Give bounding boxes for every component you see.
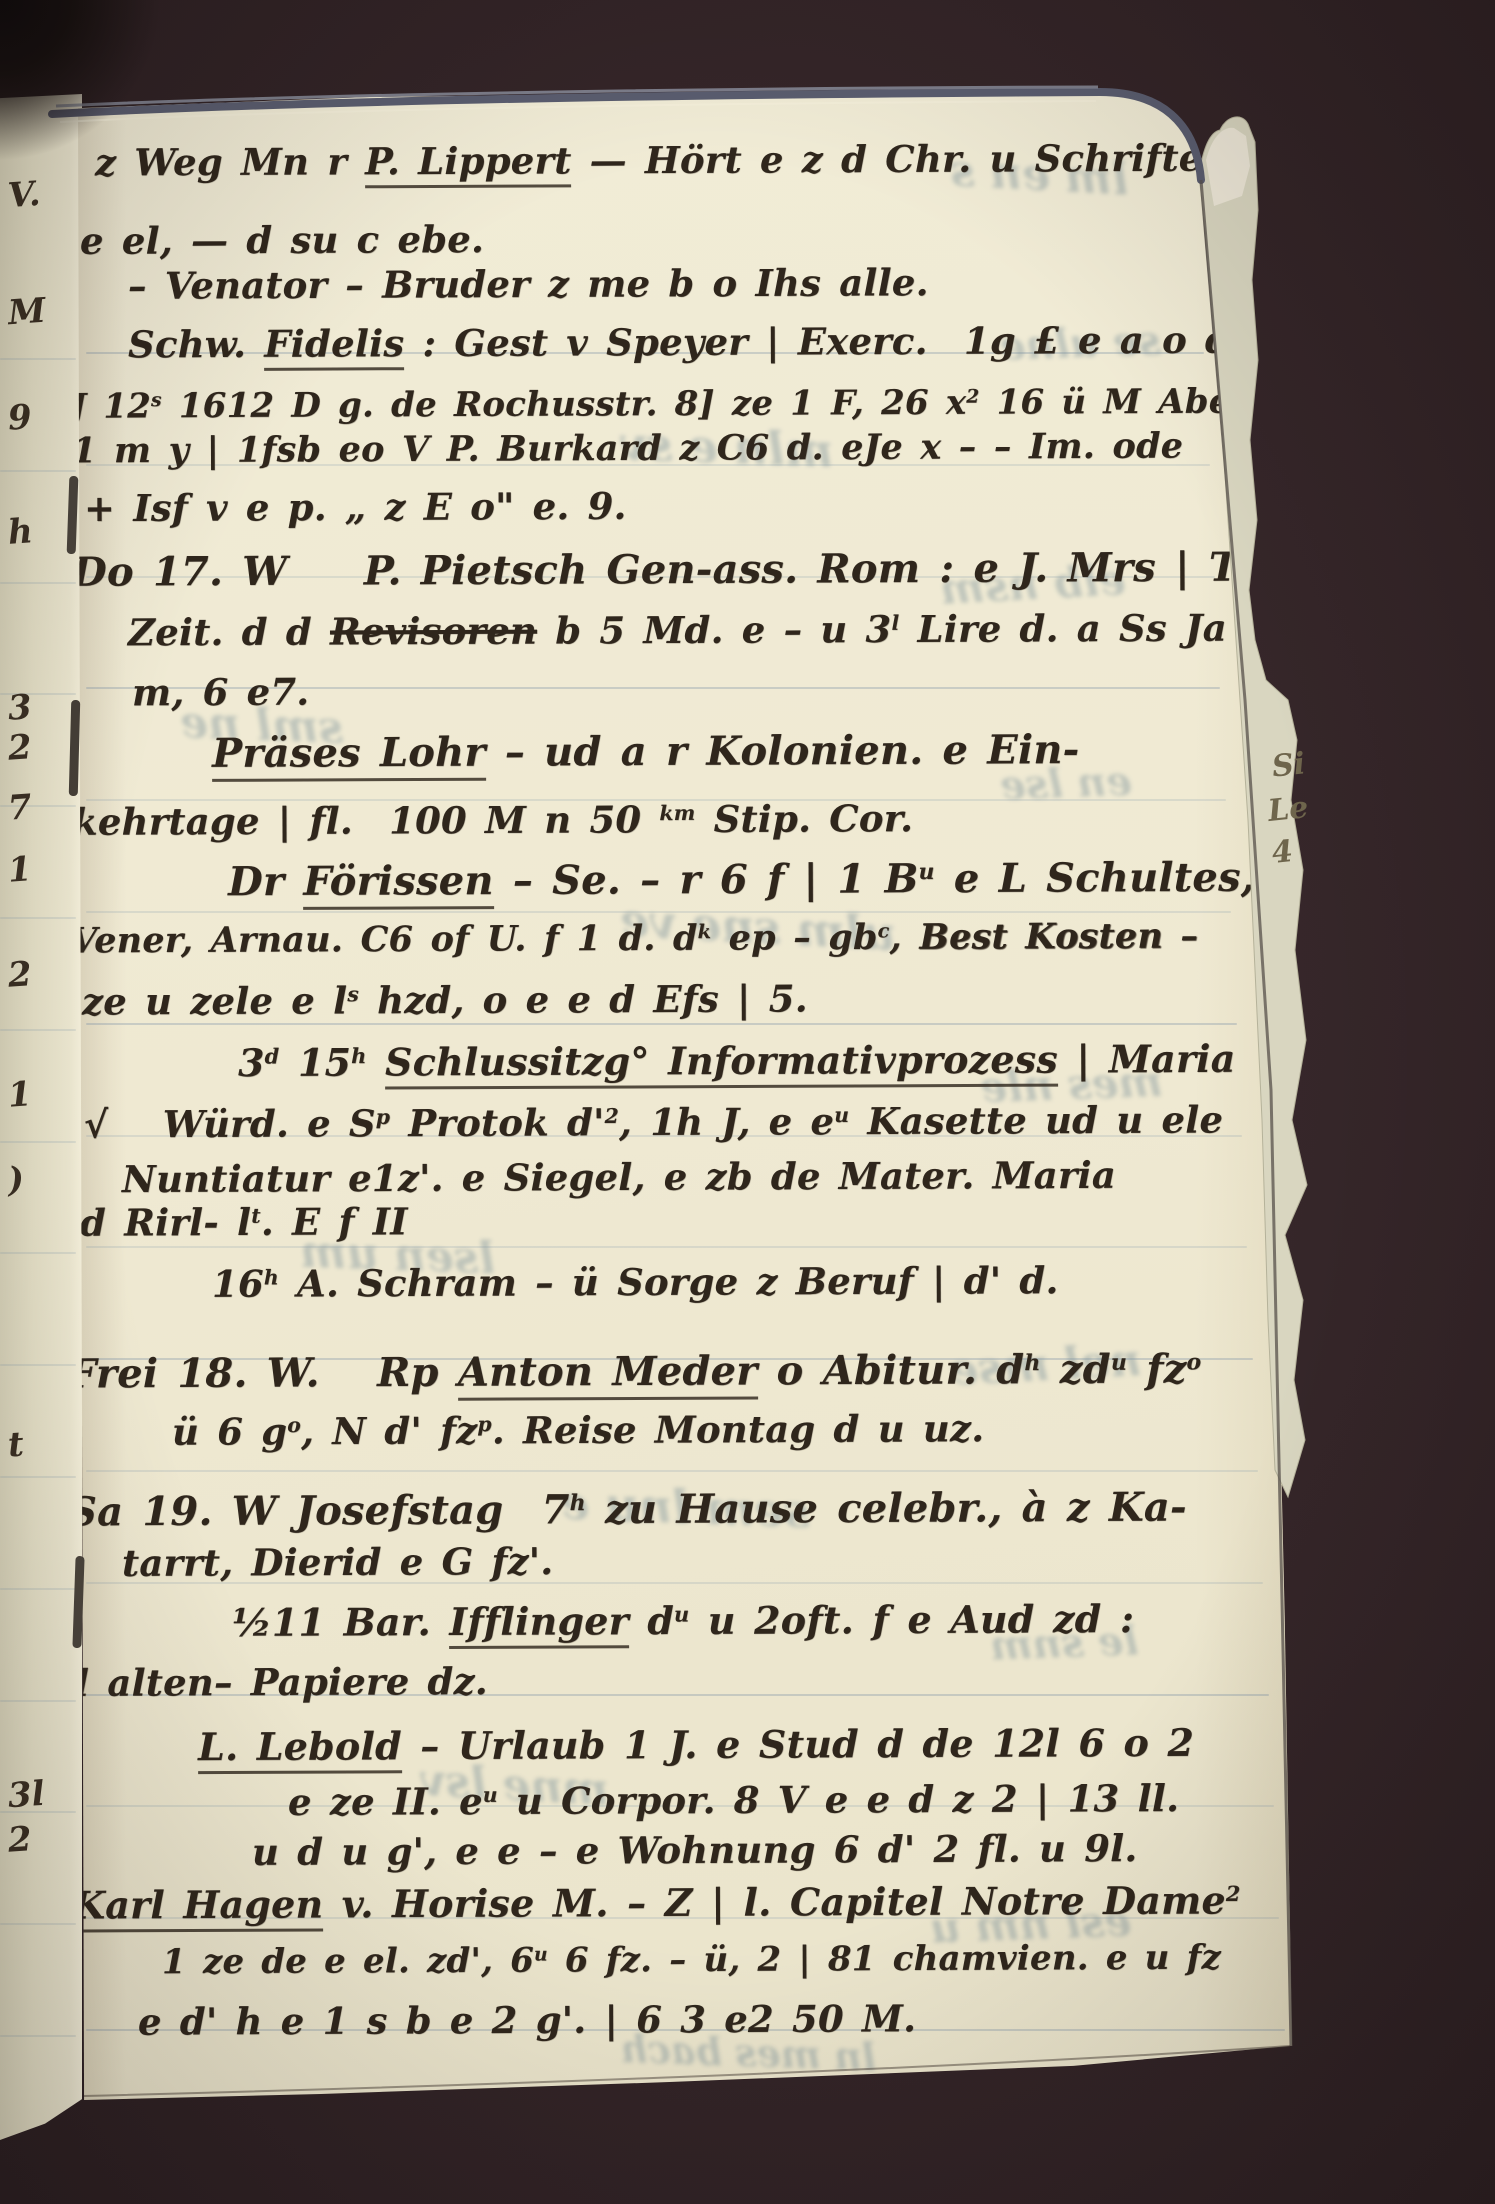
handwriting-segment: Lire d. a Ss Ja bbox=[899, 606, 1227, 651]
ruled-line bbox=[0, 917, 76, 919]
handwriting-segment: | Maria bbox=[1058, 1036, 1236, 1082]
margin-fragment: 2 bbox=[7, 1819, 33, 1861]
handwriting-segment: u bbox=[918, 859, 934, 885]
handwriting-line: z Weg Mn r P. Lippert — Hört e z d Chr. … bbox=[95, 136, 1230, 185]
handwriting-segment: 6 fz. – ü, 2 | 81 chamvien. e u fz bbox=[548, 1938, 1221, 1981]
handwriting-segment: zu Hause celebr., à z Ka- bbox=[586, 1484, 1187, 1534]
ruled-line bbox=[0, 1029, 76, 1031]
handwriting-line: Präses Lohr – ud a r Kolonien. e Ein- bbox=[212, 726, 1080, 777]
handwriting-line: tarrt, Dierid e G fz'. bbox=[122, 1539, 554, 1585]
margin-fragment: 1 bbox=[7, 849, 33, 891]
margin-fragment: M bbox=[7, 291, 47, 334]
handwriting-segment: p bbox=[376, 1105, 391, 1129]
handwriting-segment: 1612 D g. de Rochusstr. 8] ze 1 F, 26 x bbox=[162, 383, 967, 427]
handwriting-line: Karl Hagen v. Horise M. – Z | l. Capitel… bbox=[72, 1877, 1241, 1927]
handwriting-segment: Kasette ud u ele bbox=[849, 1098, 1223, 1144]
handwriting-line: e ze II. eu u Corpor. 8 V e e d z 2 | 13… bbox=[288, 1776, 1179, 1824]
handwriting-segment: h bbox=[351, 1043, 366, 1068]
handwriting-line: Dr Förissen – Se. – r 6 f | 1 Bu e L Sch… bbox=[228, 854, 1255, 905]
handwriting-segment: zd bbox=[1041, 1346, 1111, 1393]
handwriting-segment: Do 17. W P. Pietsch Gen-ass. Rom : e J. … bbox=[72, 543, 1326, 595]
torn-strip-fragment: 4 bbox=[1270, 834, 1294, 871]
handwriting-segment: 15 bbox=[279, 1040, 351, 1085]
handwriting-segment: tarrt, Dierid e G fz'. bbox=[122, 1539, 554, 1585]
handwriting-segment: u bbox=[534, 1943, 548, 1965]
handwriting-line: 1 m y | 1fsb eo V P. Burkard z C6 d. eJe… bbox=[72, 426, 1183, 472]
margin-fragment: ) bbox=[7, 1159, 26, 1200]
handwriting-segment: Fidelis bbox=[264, 321, 404, 371]
handwriting-segment: o Abitur. d bbox=[757, 1346, 1024, 1394]
handwriting-segment: 16 bbox=[212, 1262, 264, 1306]
handwriting-segment: Anton Meder bbox=[458, 1347, 758, 1400]
handwriting-segment: Ifflinger bbox=[449, 1598, 629, 1649]
handwriting-segment: Best Kosten – bbox=[919, 916, 1198, 958]
handwriting-segment: z Weg Mn r bbox=[95, 139, 365, 184]
margin-fragment: 9 bbox=[7, 397, 33, 439]
handwriting-segment: d bbox=[629, 1598, 674, 1643]
notebook-scan: V.M9h327121)t3l2 lm en sse ulnemln e sve… bbox=[0, 0, 1495, 2204]
handwriting-segment: √ Würd. e S bbox=[84, 1101, 376, 1146]
handwriting-segment: b 5 Md. e – u 3 bbox=[537, 607, 892, 653]
handwriting-segment: m, 6 e7. bbox=[132, 670, 310, 715]
ruled-line bbox=[0, 470, 76, 472]
margin-fragment: V. bbox=[7, 174, 42, 216]
handwriting-segment: Dr bbox=[228, 858, 304, 905]
handwriting-line: Zeit. d d Revisoren b 5 Md. e – u 3l Lir… bbox=[128, 606, 1227, 655]
torn-strip-highlight bbox=[1206, 128, 1250, 206]
handwriting-line: L. Lebold – Urlaub 1 J. e Stud d de 12l … bbox=[198, 1720, 1194, 1769]
handwriting-segment: Vener, Arnau. C6 of U. f 1 d. d bbox=[70, 918, 698, 962]
handwriting-segment: – Se. – r 6 f | 1 B bbox=[494, 855, 919, 904]
handwriting-segment: 2 bbox=[605, 1104, 619, 1128]
ruled-line bbox=[0, 1364, 76, 1366]
handwriting-segment: Nuntiatur e1z'. e Siegel, e zb de Mater.… bbox=[122, 1153, 1116, 1201]
handwriting-line: Sa 19. W Josefstag 7h zu Hause celebr., … bbox=[68, 1484, 1187, 1536]
handwriting-segment: ep – gb bbox=[711, 917, 878, 959]
handwriting-line: ü 6 go, N d' fzp. Reise Montag d u uz. bbox=[172, 1406, 984, 1454]
handwriting-line: Schw. Fidelis : Gest v Speyer | Exerc. 1… bbox=[128, 318, 1231, 367]
handwriting-segment: e L Schultes, bbox=[935, 854, 1255, 902]
handwriting-segment: J 12 bbox=[70, 386, 151, 426]
handwriting-segment: , bbox=[889, 917, 919, 958]
handwriting-line: m, 6 e7. bbox=[132, 670, 310, 715]
margin-fragment: 2 bbox=[7, 954, 33, 996]
handwriting-segment: – ud a r Kolonien. e Ein- bbox=[486, 726, 1080, 776]
handwriting-segment: s bbox=[151, 389, 162, 411]
torn-strip-fragment: Si bbox=[1270, 746, 1307, 784]
handwriting-segment: , 1h J, e e bbox=[619, 1099, 834, 1144]
facing-page-edge: V.M9h327121)t3l2 bbox=[0, 94, 82, 2140]
torn-strip-fragment: Le bbox=[1266, 790, 1310, 829]
handwriting-segment: 16 ü M Abelser. bbox=[979, 381, 1311, 422]
handwriting-segment: c bbox=[877, 919, 889, 942]
handwriting-line: Nuntiatur e1z'. e Siegel, e zb de Mater.… bbox=[122, 1153, 1116, 1201]
handwriting-line: u d u g', e e – e Wohnung 6 d' 2 fl. u 9… bbox=[252, 1826, 1138, 1874]
handwriting-segment: – Urlaub 1 J. e Stud d de 12l 6 o 2 bbox=[402, 1720, 1195, 1768]
handwriting-line: 1 ze de e el. zd', 6u 6 fz. – ü, 2 | 81 … bbox=[162, 1938, 1221, 1983]
handwriting-segment: ze u zele e l bbox=[82, 978, 348, 1023]
handwriting-line: ½11 Bar. Ifflinger du u 2oft. f e Aud zd… bbox=[232, 1596, 1134, 1645]
ruled-line bbox=[0, 2035, 76, 2037]
handwriting-segment: Förissen bbox=[303, 857, 494, 910]
handwriting-segment: kehrtage | fl. 100 M n 50 bbox=[72, 797, 660, 844]
handwriting-lines: z Weg Mn r P. Lippert — Hört e z d Chr. … bbox=[0, 0, 1495, 2204]
handwriting-line: 16h A. Schram – ü Sorge z Beruf | d' d. bbox=[212, 1258, 1059, 1306]
handwriting-segment: ü 6 g bbox=[172, 1409, 287, 1454]
ruled-line bbox=[0, 1141, 76, 1143]
handwriting-segment: 2 bbox=[1226, 1881, 1241, 1906]
handwriting-segment: p bbox=[477, 1412, 492, 1436]
handwriting-segment: + Isf v e p. „ z E o" e. 9. bbox=[84, 484, 627, 530]
margin-fragment: 1 bbox=[7, 1074, 33, 1116]
handwriting-segment: d Rirl- l bbox=[80, 1200, 251, 1245]
handwriting-segment: ½11 Bar. bbox=[232, 1599, 449, 1645]
handwriting-line: + Isf v e p. „ z E o" e. 9. bbox=[84, 484, 627, 530]
ruled-line bbox=[0, 1700, 76, 1702]
handwriting-segment: u 2oft. f e Aud zd : bbox=[689, 1596, 1134, 1643]
handwriting-segment: . E f II bbox=[261, 1199, 408, 1244]
handwriting-segment: d bbox=[265, 1043, 280, 1068]
notebook-page: lm en sse ulnemln e svelb nsmsml neen ls… bbox=[78, 90, 1292, 2100]
handwriting-segment: u d u g', e e – e Wohnung 6 d' 2 fl. u 9… bbox=[252, 1826, 1138, 1874]
margin-fragment: 2 bbox=[7, 727, 33, 769]
handwriting-segment: hzd, o e e d Efs | 5. bbox=[359, 976, 808, 1022]
handwriting-segment: u bbox=[674, 1601, 689, 1626]
handwriting-segment: Stip. Cor. bbox=[695, 796, 913, 841]
handwriting-line: Vener, Arnau. C6 of U. f 1 d. dk ep – gb… bbox=[70, 916, 1198, 962]
handwriting-line: d Rirl- lt. E f II bbox=[80, 1199, 408, 1244]
handwriting-segment: 1 m y | 1fsb eo V P. Burkard z C6 d. eJe… bbox=[72, 426, 1183, 472]
handwriting-segment: u Corpor. 8 V e e d z 2 | 13 ll. bbox=[498, 1776, 1180, 1823]
handwriting-segment: : Gest v Speyer | Exerc. 1g £ e a o d bbox=[404, 318, 1231, 366]
handwriting-segment: o bbox=[1186, 1349, 1201, 1375]
ruled-line bbox=[0, 1588, 76, 1590]
handwriting-segment: s bbox=[347, 982, 359, 1006]
ruled-line bbox=[0, 582, 76, 584]
handwriting-segment: Karl Hagen bbox=[72, 1881, 323, 1932]
handwriting-segment: Schw. bbox=[128, 322, 264, 367]
handwriting-line: e d' h e 1 s b e 2 g'. | 6 3 e2 50 M. bbox=[138, 1996, 916, 2043]
handwriting-segment: 1 ze de e el. zd', 6 bbox=[162, 1941, 534, 1983]
handwriting-segment: Zeit. d d bbox=[128, 610, 330, 655]
handwriting-segment: h bbox=[264, 1265, 279, 1289]
handwriting-segment: P. Lippert bbox=[365, 138, 572, 188]
handwriting-segment: o bbox=[287, 1413, 301, 1437]
handwriting-segment: 2 bbox=[966, 386, 979, 408]
handwriting-line: Do 17. W P. Pietsch Gen-ass. Rom : e J. … bbox=[72, 543, 1326, 595]
handwriting-segment: 3 bbox=[238, 1040, 265, 1085]
handwriting-line: l alten– Papiere dz. bbox=[75, 1659, 488, 1705]
margin-fragment: 3l bbox=[7, 1774, 46, 1816]
handwriting-segment: h bbox=[1024, 1350, 1040, 1376]
handwriting-line: e el, — d su c ebe. bbox=[80, 217, 484, 263]
margin-fragment: 3 bbox=[7, 687, 33, 729]
handwriting-segment: , N d' fz bbox=[301, 1408, 477, 1453]
ruled-line bbox=[0, 358, 76, 360]
handwriting-segment: h bbox=[570, 1490, 586, 1516]
handwriting-line: Frei 18. W. Rp Anton Meder o Abitur. dh … bbox=[68, 1346, 1202, 1398]
handwriting-segment: Schlussitzg° Informativprozess bbox=[385, 1037, 1058, 1090]
handwriting-segment: . Reise Montag d u uz. bbox=[492, 1406, 985, 1452]
handwriting-line: kehrtage | fl. 100 M n 50 km Stip. Cor. bbox=[72, 796, 913, 844]
ruled-line bbox=[0, 1923, 76, 1925]
handwriting-segment: Protok d' bbox=[390, 1100, 605, 1145]
handwriting-segment: A. Schram – ü Sorge z Beruf | d' d. bbox=[279, 1258, 1059, 1305]
handwriting-segment: e d' h e 1 s b e 2 g'. | 6 3 e2 50 M. bbox=[138, 1996, 916, 2043]
handwriting-segment: Präses Lohr bbox=[212, 729, 486, 782]
handwriting-segment: k bbox=[698, 920, 712, 943]
handwriting-segment: – Venator – Bruder z me b o Ihs alle. bbox=[128, 260, 929, 307]
handwriting-segment: u bbox=[483, 1783, 498, 1807]
handwriting-segment: Frei 18. W. Rp bbox=[68, 1349, 458, 1398]
margin-fragment: t bbox=[7, 1425, 25, 1466]
handwriting-line: ze u zele e ls hzd, o e e d Efs | 5. bbox=[82, 976, 808, 1023]
ruled-line bbox=[0, 1252, 76, 1254]
handwriting-segment: km bbox=[659, 801, 695, 825]
handwriting-segment: l alten– Papiere dz. bbox=[75, 1659, 488, 1705]
handwriting-segment: t bbox=[251, 1204, 261, 1228]
handwriting-segment: u bbox=[834, 1103, 849, 1127]
handwriting-segment: v. Horise M. – Z | l. Capitel Notre Dame bbox=[323, 1878, 1226, 1927]
handwriting-segment: e el, — d su c ebe. bbox=[80, 217, 484, 263]
handwriting-segment: Revisoren bbox=[330, 609, 537, 654]
handwriting-segment: e ze II. e bbox=[288, 1779, 483, 1824]
margin-fragment: h bbox=[7, 511, 34, 553]
ruled-line bbox=[0, 1476, 76, 1478]
handwriting-segment: fz bbox=[1127, 1346, 1187, 1393]
handwriting-line: √ Würd. e Sp Protok d'2, 1h J, e eu Kase… bbox=[84, 1098, 1223, 1147]
margin-fragment: 7 bbox=[7, 787, 33, 829]
handwriting-line: – Venator – Bruder z me b o Ihs alle. bbox=[128, 260, 929, 307]
handwriting-segment: Sa 19. W Josefstag 7 bbox=[68, 1486, 570, 1535]
handwriting-segment bbox=[366, 1040, 385, 1085]
handwriting-line: J 12s 1612 D g. de Rochusstr. 8] ze 1 F,… bbox=[70, 381, 1312, 426]
handwriting-line: 3d 15h Schlussitzg° Informativprozess | … bbox=[238, 1036, 1236, 1085]
handwriting-segment: u bbox=[1111, 1350, 1127, 1376]
handwriting-segment: L. Lebold bbox=[198, 1723, 402, 1774]
handwriting-segment: — Hört e z d Chr. u Schriften bbox=[571, 136, 1229, 183]
